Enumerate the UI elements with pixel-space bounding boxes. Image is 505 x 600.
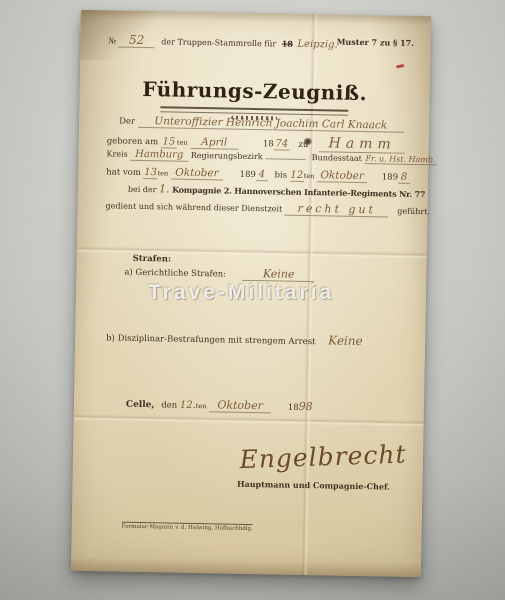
date-day: 12. [180,400,196,411]
strafen-b-label: b) Disziplinar-Bestrafungen mit strengem… [106,333,316,347]
geboren-am-label: geboren am [107,136,159,147]
company-number: 1. [159,182,170,195]
regierungsbezirk-blank [265,158,305,160]
date-century: 18 [288,403,299,413]
birth-day: 15 [161,136,177,148]
service-to-day: 12 [290,170,304,182]
red-mark [396,64,404,68]
strafen-a-line: a) Gerichtliche Strafen: Keine [124,265,315,282]
signature: Engelbrecht [238,439,409,474]
bei-der-label: bei der [128,185,157,195]
watermark-text: Trave-Militaria [148,281,334,305]
soldier-name: Unteroffizier Heinrich Joachim Carl Knaa… [138,115,404,133]
regiment-line: bei der 1. Kompagnie 2. Hannoverschen In… [128,182,426,200]
gedient-text: gedient und sich während dieser Dienstze… [105,201,282,213]
birth-month: April [190,136,238,150]
kreis-value: Hamburg [130,149,188,162]
signature-title: Hauptmann und Compagnie-Chef. [228,479,398,492]
hat-vom-label: hat vom [106,167,141,178]
top-edge-shadow [81,10,431,25]
service-from-month: Oktober [171,167,223,181]
bis-label: bis [274,170,287,180]
ink-blot [304,138,312,145]
place-date-line: Celle, den 12.ten Oktober 1898 [126,397,313,414]
ten-suffix: ten [304,172,315,180]
photo-backdrop: № 52 der Truppen-Stammrolle für 18 Leipz… [0,0,505,600]
gefuehrt-label: geführt. [397,207,430,217]
ten-suffix: ten [157,169,168,177]
conduct-line: gedient und sich während dieser Dienstze… [105,198,430,218]
horizontal-fold-crease [77,246,427,259]
service-from-day: 13 [143,167,157,179]
ten-suffix: ten [177,139,188,147]
strafen-b-value: Keine [328,333,363,348]
century-prefix: 18 [263,139,274,149]
imprint-line: Formular-Magazin v. d. Helwing, Hofbuchh… [122,513,253,534]
service-dates-line: hat vom 13ten Oktober 1894 bis 12ten Okt… [106,165,410,184]
kreis-label: Kreis [106,149,127,158]
muster-reference: Muster 7 zu § 17. [337,37,415,48]
date-month: Oktober [209,398,271,413]
document-title: Führungs-Zeugniß. [80,76,430,106]
stammrolle-entry: Leipzig. [297,39,337,51]
place-label: Celle, [126,400,155,411]
der-label: Der [119,117,135,127]
bundesstaat-value: Fr. u. Hst. Hamb. [364,154,436,165]
bottom-edge-shadow [71,557,421,577]
printer-imprint: Formular-Magazin v. d. Helwing, Hofbuchh… [122,522,253,532]
strafen-a-value: Keine [243,267,315,282]
date-year: 98 [299,400,313,413]
title-rule [160,106,348,115]
regierungsbezirk-label: Regierungsbezirk [191,151,263,161]
printed-year-prefix: 18 [282,39,293,49]
strafen-heading: Strafen: [133,254,172,265]
regiment-name: Kompagnie 2. Hannoverschen Infanterie-Re… [172,185,425,200]
conduct-grade: recht gut [285,202,389,218]
service-to-month: Oktober [317,169,367,183]
birth-place: Hamm [319,135,405,154]
ten-suffix: ten [196,402,207,410]
strafen-b-line: b) Disziplinar-Bestrafungen mit strengem… [106,329,363,348]
no-label: № [109,36,117,45]
name-line: Der Unteroffizier Heinrich Joachim Carl … [119,115,404,133]
header-row: № 52 der Truppen-Stammrolle für 18 Leipz… [108,32,337,51]
service-from-year: 4 [256,169,268,181]
to-year-prefix: 189 [382,172,398,182]
service-to-year: 8 [398,172,410,184]
den-label: den [161,400,177,410]
stammrolle-text: der Truppen-Stammrolle für [161,37,276,48]
bundesstaat-label: Bundesstaat [312,153,362,163]
stammrolle-number: 52 [119,33,155,49]
from-year-prefix: 189 [239,170,255,180]
birth-year: 74 [274,138,290,150]
strafen-a-label: a) Gerichtliche Strafen: [124,268,226,280]
horizontal-fold-crease [74,414,424,427]
